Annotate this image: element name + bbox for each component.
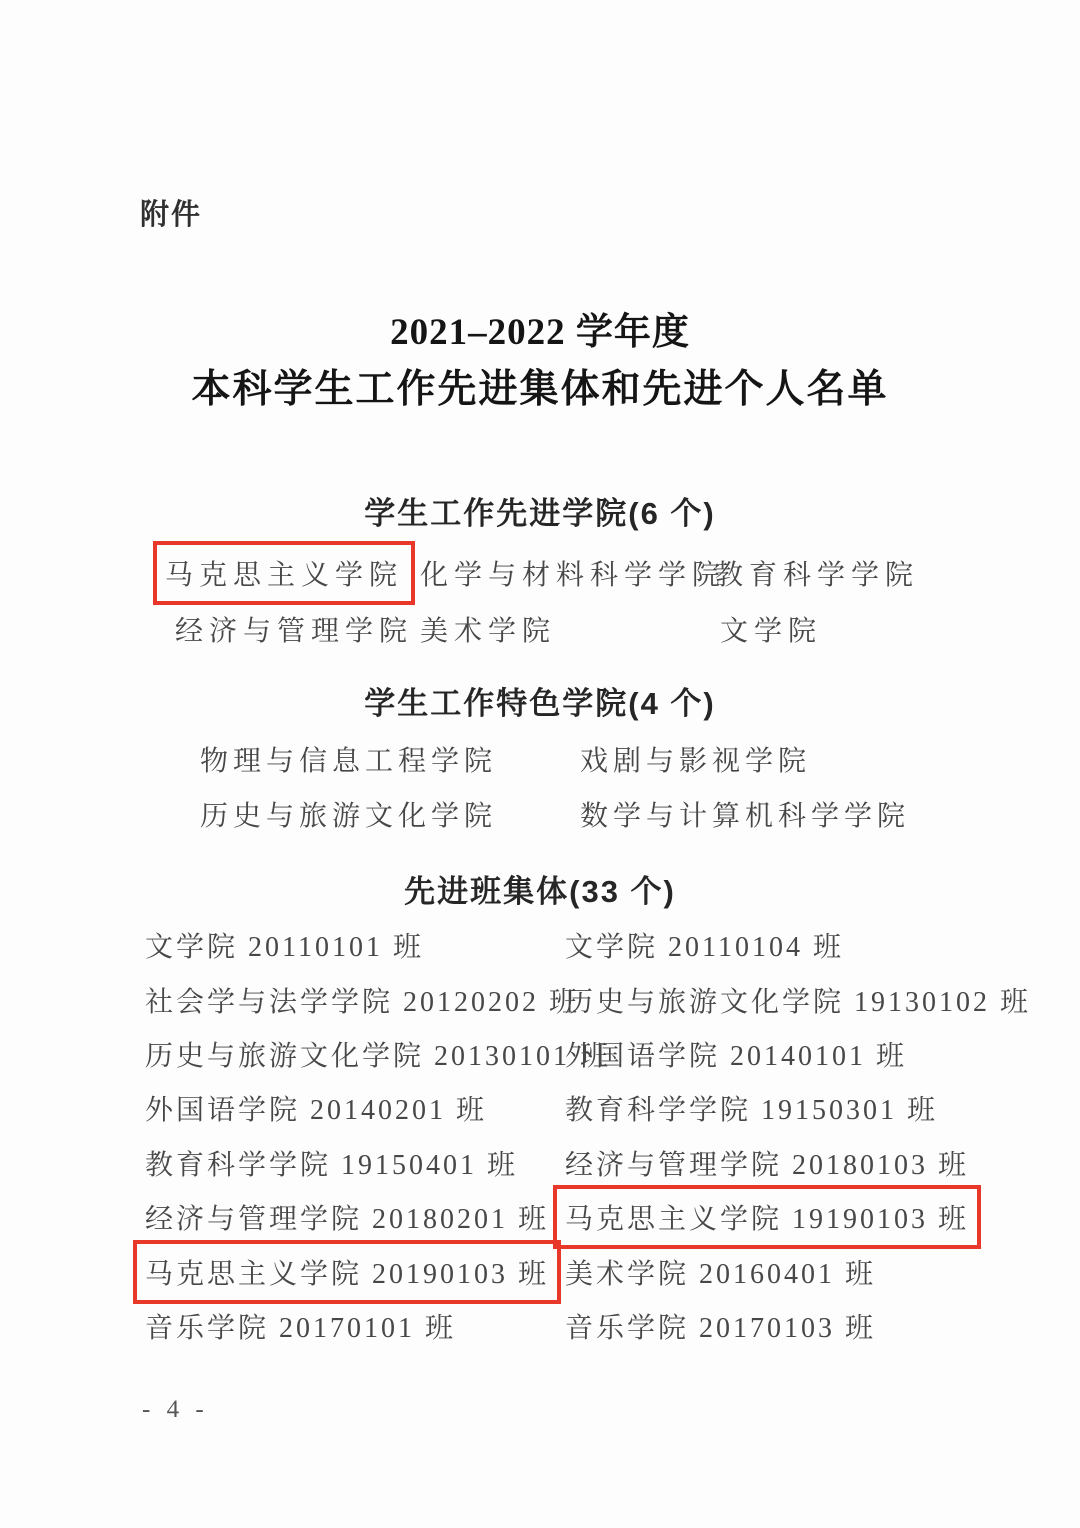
- college-item: 历史与旅游文化学院: [200, 786, 580, 841]
- college-item: 戏剧与影视学院: [580, 731, 1080, 786]
- college-name: 文学院: [720, 609, 822, 649]
- class-item: 外国语学院 20140201 班: [145, 1081, 565, 1135]
- page-number: - 4 -: [142, 1396, 209, 1424]
- featured-colleges-list: 物理与信息工程学院 戏剧与影视学院 历史与旅游文化学院 数学与计算机科学学院: [0, 731, 1080, 841]
- class-item: 马克思主义学院 19190103 班: [565, 1190, 1080, 1244]
- class-item: 文学院 20110104 班: [565, 918, 1080, 972]
- class-name highlighted-class: 马克思主义学院 19190103 班: [565, 1197, 969, 1237]
- college-name: 数学与计算机科学学院: [580, 794, 910, 834]
- class-item: 经济与管理学院 20180103 班: [565, 1136, 1080, 1190]
- class-item: 社会学与法学学院 20120202 班: [145, 972, 565, 1026]
- class-name: 社会学与法学学院 20120202 班: [145, 980, 580, 1020]
- college-item: 化学与材料科学学院: [420, 545, 715, 601]
- class-name: 文学院 20110104 班: [565, 925, 844, 965]
- college-item: 数学与计算机科学学院: [580, 786, 1080, 841]
- college-name: 经济与管理学院: [175, 609, 413, 649]
- college-name: 美术学院: [420, 609, 556, 649]
- college-item: 美术学院: [420, 601, 715, 657]
- section-heading-featured-colleges: 学生工作特色学院(4 个): [0, 678, 1080, 723]
- class-item: 文学院 20110101 班: [145, 918, 565, 972]
- document-page: 附件 2021–2022 学年度 本科学生工作先进集体和先进个人名单 学生工作先…: [0, 0, 1080, 1528]
- class-name: 教育科学学院 19150401 班: [145, 1143, 518, 1183]
- class-name: 历史与旅游文化学院 19130102 班: [565, 980, 1031, 1020]
- class-item: 外国语学院 20140101 班: [565, 1027, 1080, 1081]
- class-item: 历史与旅游文化学院 20130101 班: [145, 1027, 565, 1081]
- advanced-classes-list: 文学院 20110101 班 文学院 20110104 班 社会学与法学学院 2…: [0, 918, 1080, 1353]
- college-item: 教育科学学院: [715, 545, 1080, 601]
- document-title-line2: 本科学生工作先进集体和先进个人名单: [0, 358, 1080, 414]
- class-name: 美术学院 20160401 班: [565, 1252, 876, 1292]
- class-name: 音乐学院 20170103 班: [565, 1306, 876, 1346]
- class-name: 文学院 20110101 班: [145, 925, 424, 965]
- class-name: 历史与旅游文化学院 20130101 班: [145, 1034, 611, 1074]
- college-name: 马克思主义学院: [165, 553, 403, 593]
- section-heading-advanced-classes: 先进班集体(33 个): [0, 866, 1080, 911]
- class-name highlighted-class: 马克思主义学院 20190103 班: [145, 1252, 549, 1292]
- attachment-label: 附件: [140, 192, 202, 233]
- section-heading-advanced-colleges: 学生工作先进学院(6 个): [0, 488, 1080, 533]
- class-item: 音乐学院 20170103 班: [565, 1299, 1080, 1353]
- class-item: 教育科学学院 19150401 班: [145, 1136, 565, 1190]
- class-name: 音乐学院 20170101 班: [145, 1306, 456, 1346]
- class-name: 外国语学院 20140201 班: [145, 1088, 487, 1128]
- college-item: 文学院: [715, 601, 1080, 657]
- class-item: 音乐学院 20170101 班: [145, 1299, 565, 1353]
- college-item: 经济与管理学院: [165, 601, 420, 657]
- college-item: 马克思主义学院: [165, 545, 420, 601]
- document-title-line1: 2021–2022 学年度: [0, 301, 1080, 355]
- college-name: 戏剧与影视学院: [580, 739, 811, 779]
- class-name: 经济与管理学院 20180201 班: [145, 1197, 549, 1237]
- college-name: 物理与信息工程学院: [200, 739, 497, 779]
- college-name: 教育科学学院: [715, 553, 919, 593]
- class-name: 外国语学院 20140101 班: [565, 1034, 907, 1074]
- class-item: 教育科学学院 19150301 班: [565, 1081, 1080, 1135]
- class-item: 马克思主义学院 20190103 班: [145, 1244, 565, 1298]
- class-name: 经济与管理学院 20180103 班: [565, 1143, 969, 1183]
- college-name: 化学与材料科学学院: [420, 553, 726, 593]
- class-item: 历史与旅游文化学院 19130102 班: [565, 972, 1080, 1026]
- advanced-colleges-list: 马克思主义学院 化学与材料科学学院 教育科学学院 经济与管理学院 美术学院 文学…: [0, 545, 1080, 657]
- college-item: 物理与信息工程学院: [200, 731, 580, 786]
- class-item: 经济与管理学院 20180201 班: [145, 1190, 565, 1244]
- college-name: 历史与旅游文化学院: [200, 794, 497, 834]
- class-name: 教育科学学院 19150301 班: [565, 1088, 938, 1128]
- class-item: 美术学院 20160401 班: [565, 1244, 1080, 1298]
